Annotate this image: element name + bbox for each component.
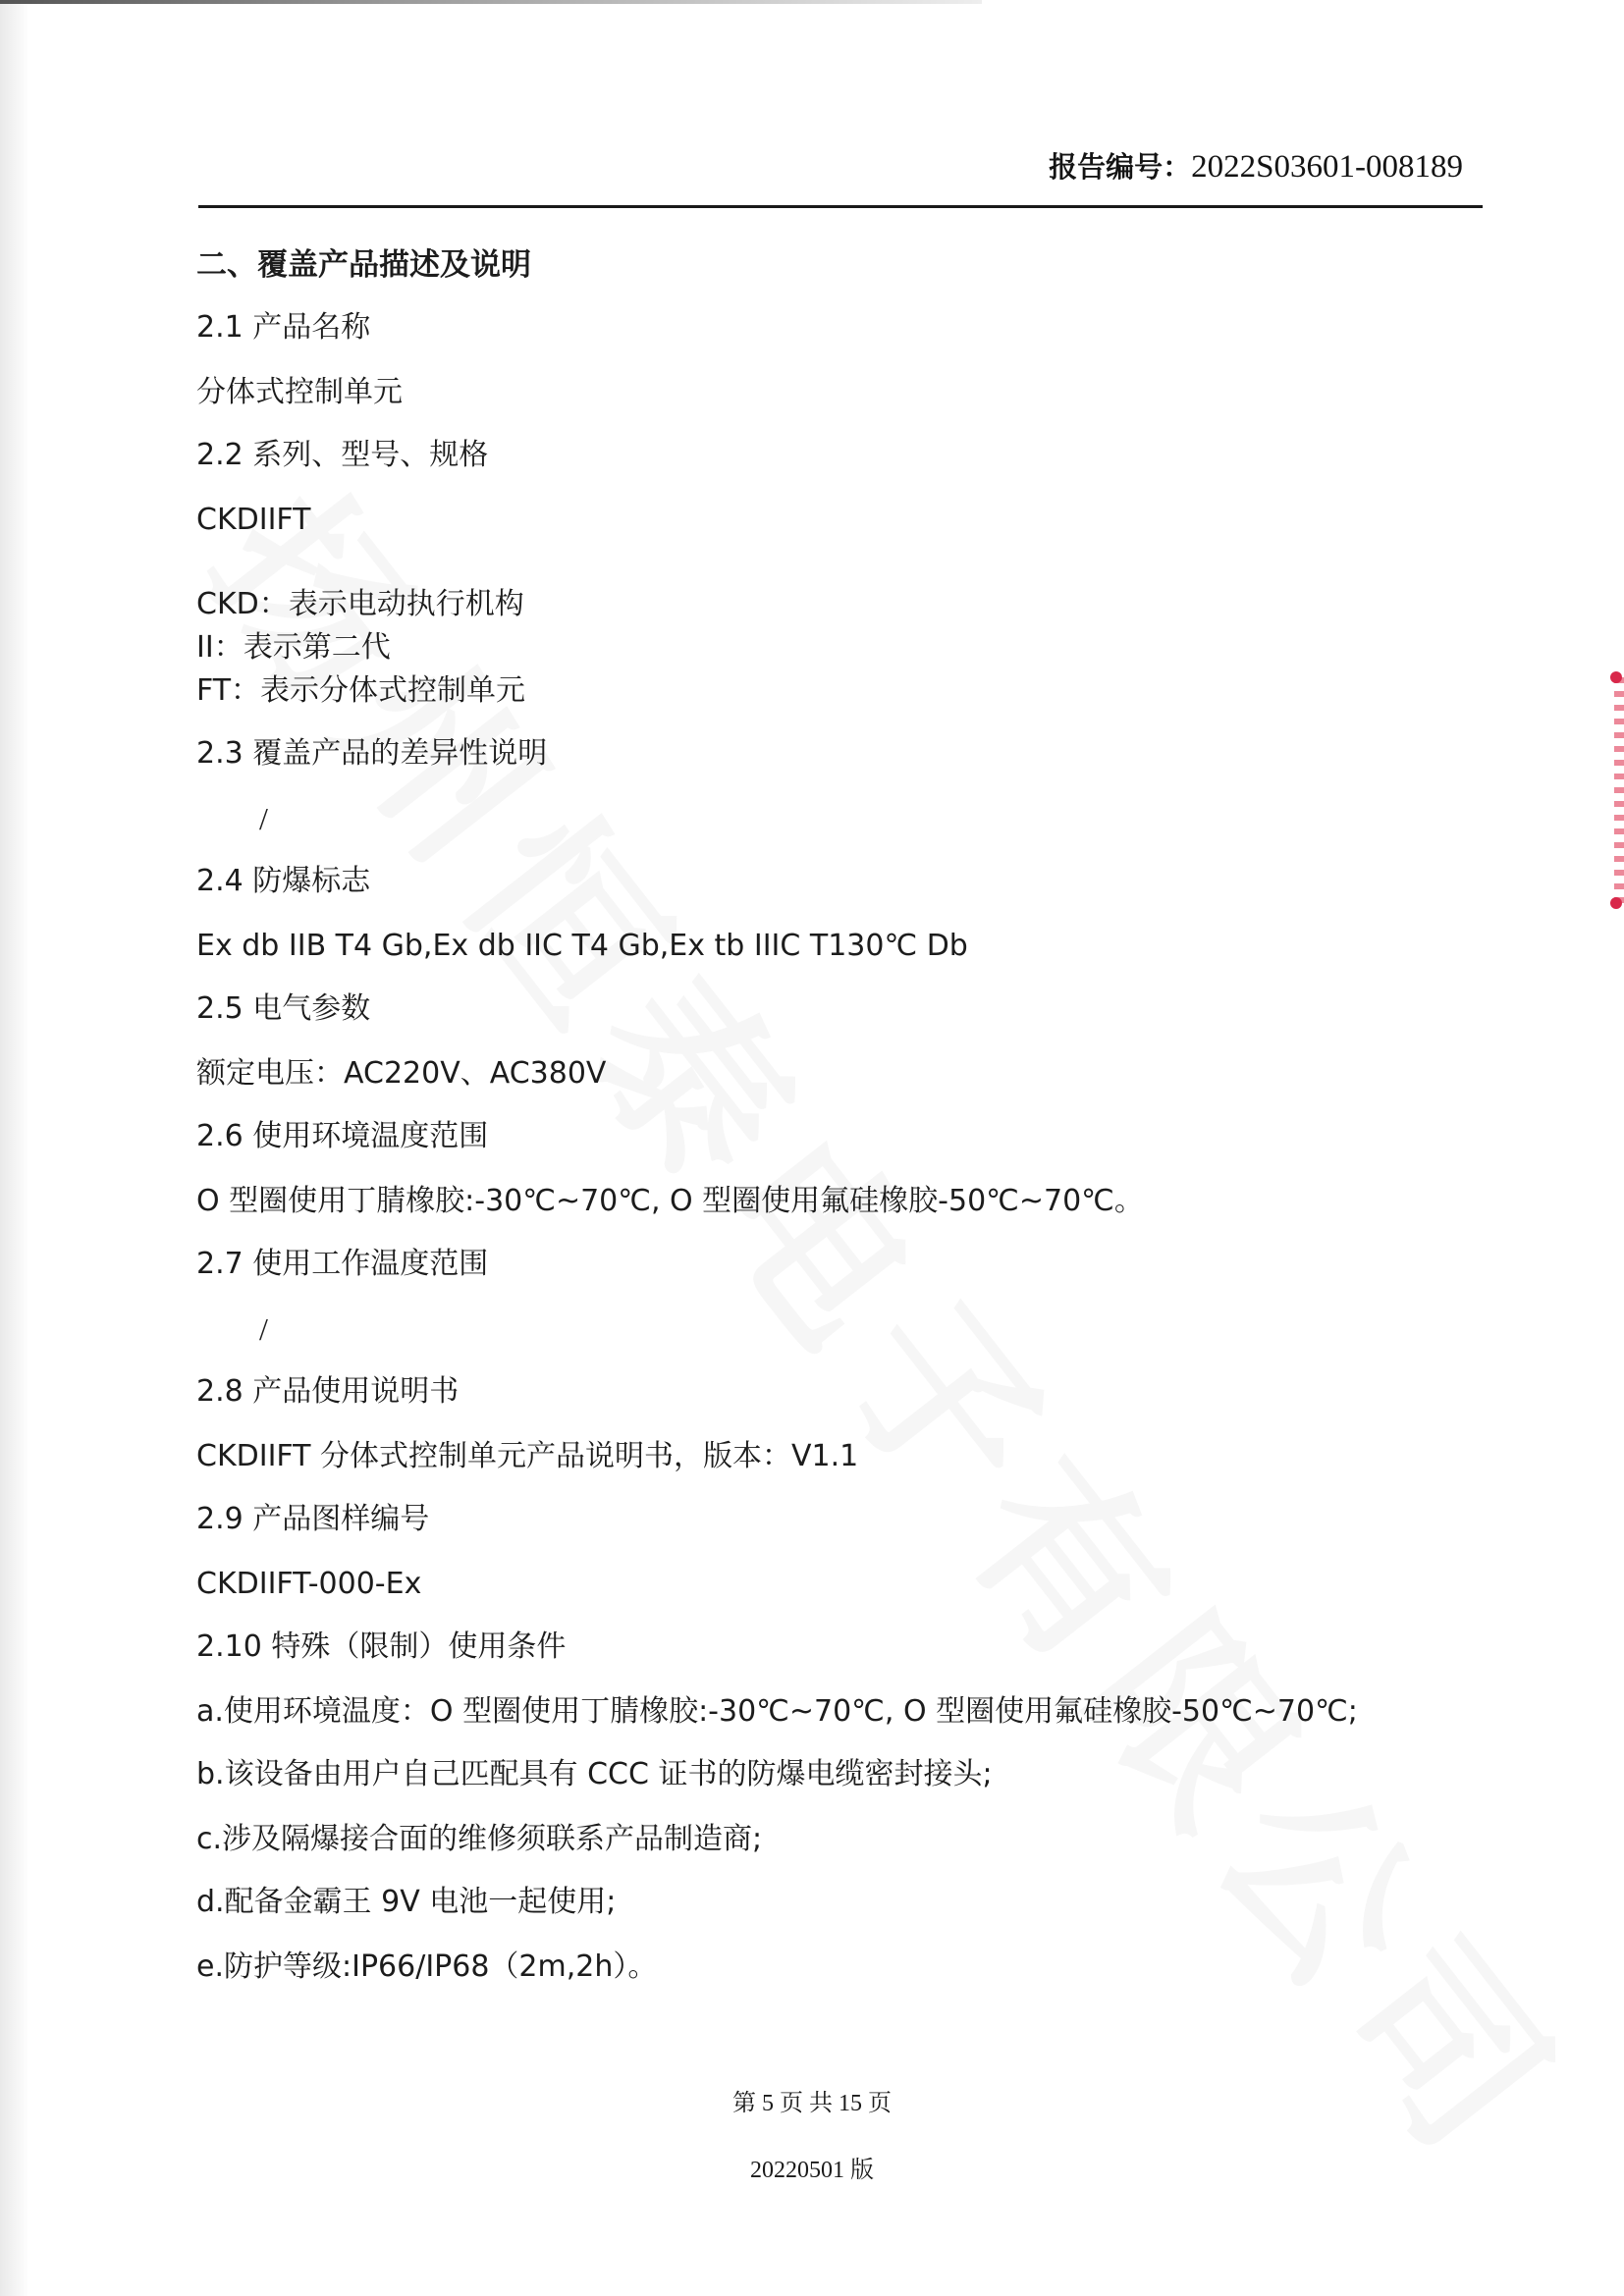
condition-e: e.防护等级:IP66/IP68（2m,2h）。 xyxy=(196,1949,657,1985)
page-number: 第 5 页 共 15 页 xyxy=(0,2083,1624,2117)
heading-2-6: 2.6 使用环境温度范围 xyxy=(196,1119,488,1154)
manual-info: CKDIIFT 分体式控制单元产品说明书，版本：V1.1 xyxy=(196,1439,858,1474)
seal-stamp-edge xyxy=(1614,677,1624,903)
heading-2-5: 2.5 电气参数 xyxy=(196,991,370,1027)
section-title: 二、覆盖产品描述及说明 xyxy=(196,247,531,283)
page-header: 报告编号：2022S03601-008189 xyxy=(196,147,1483,187)
report-number-label: 报告编号： xyxy=(1049,150,1191,184)
model-code: CKDIIFT xyxy=(196,503,310,538)
working-temp-note: / xyxy=(196,1311,268,1347)
product-name: 分体式控制单元 xyxy=(196,375,403,410)
model-legend-ii: II：表示第二代 xyxy=(196,630,391,666)
model-legend-ckd: CKD：表示电动执行机构 xyxy=(196,587,524,622)
heading-2-4: 2.4 防爆标志 xyxy=(196,864,370,899)
heading-2-8: 2.8 产品使用说明书 xyxy=(196,1374,459,1410)
heading-2-2: 2.2 系列、型号、规格 xyxy=(196,438,488,473)
scan-top-edge xyxy=(0,0,982,4)
rated-voltage: 额定电压：AC220V、AC380V xyxy=(196,1056,606,1092)
condition-b: b.该设备由用户自己匹配具有 CCC 证书的防爆电缆密封接头; xyxy=(196,1757,993,1792)
difference-note: / xyxy=(196,801,268,836)
report-number: 报告编号：2022S03601-008189 xyxy=(1049,147,1483,187)
header-divider xyxy=(198,205,1483,208)
condition-d: d.配备金霸王 9V 电池一起使用; xyxy=(196,1885,616,1920)
heading-2-1: 2.1 产品名称 xyxy=(196,310,370,346)
scan-left-edge xyxy=(0,0,29,2296)
heading-2-3: 2.3 覆盖产品的差异性说明 xyxy=(196,736,547,772)
model-legend-ft: FT：表示分体式控制单元 xyxy=(196,673,525,709)
condition-c: c.涉及隔爆接合面的维修须联系产品制造商; xyxy=(196,1822,762,1857)
ex-marking: Ex db IIB T4 Gb,Ex db IIC T4 Gb,Ex tb II… xyxy=(196,929,968,964)
heading-2-9: 2.9 产品图样编号 xyxy=(196,1502,429,1537)
drawing-number: CKDIIFT-000-Ex xyxy=(196,1567,421,1602)
document-version: 20220501 版 xyxy=(0,2150,1624,2184)
heading-2-10: 2.10 特殊（限制）使用条件 xyxy=(196,1629,566,1665)
ambient-temp-range: O 型圈使用丁腈橡胶:-30℃~70℃, O 型圈使用氟硅橡胶-50℃~70℃。 xyxy=(196,1184,1144,1219)
condition-a: a.使用环境温度：O 型圈使用丁腈橡胶:-30℃~70℃, O 型圈使用氟硅橡胶… xyxy=(196,1694,1358,1730)
heading-2-7: 2.7 使用工作温度范围 xyxy=(196,1247,488,1282)
report-number-value: 2022S03601-008189 xyxy=(1191,149,1463,185)
